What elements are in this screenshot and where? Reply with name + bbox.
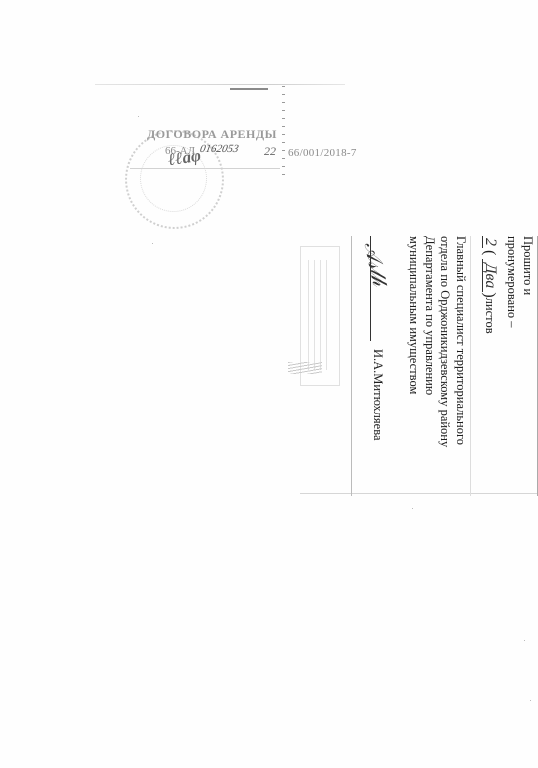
cert-line-2: пронумеровано – <box>504 236 520 496</box>
scanned-page: ДОГОВОРА АРЕНДЫ 66-АЛ 0162053 22 66/001/… <box>0 0 538 768</box>
certification-block: Прошито и пронумеровано – 2 ( Два ) лист… <box>351 236 538 496</box>
sheet-count-number: 2 <box>482 236 499 248</box>
handwritten-signature: 𝒜𝓈𝓁𝒽 <box>363 241 387 288</box>
scan-speck <box>412 508 413 509</box>
cert-line-1: Прошито и <box>520 236 536 496</box>
signer-name: И.А.Митюхляева <box>370 349 386 441</box>
position-line-4: муниципальным имуществом <box>406 236 422 496</box>
registration-stamp-ticks <box>282 86 285 176</box>
signature-blank: 𝒜𝓈𝓁𝒽 <box>370 236 371 341</box>
secondary-stamp-text-lines <box>308 260 330 370</box>
sheets-label: листов <box>482 298 498 334</box>
sheet-count-words: Два <box>482 259 499 292</box>
registration-stamp-mark <box>230 88 268 90</box>
cert-divider <box>470 236 480 496</box>
registration-stamp-border <box>95 84 345 85</box>
registration-handwritten-day: 22 <box>264 144 276 159</box>
secondary-stamp-hatch <box>288 362 322 374</box>
scan-speck <box>152 243 153 244</box>
registration-handwritten-number: 0162053 <box>199 143 240 155</box>
scan-speck <box>530 700 531 701</box>
registration-code: 66/001/2018-7 <box>288 147 357 159</box>
cert-bottom-rule <box>351 236 352 496</box>
sheet-count-line: 2 ( Два ) листов <box>482 236 504 496</box>
open-paren: ( <box>482 250 498 255</box>
registration-stamp-title: ДОГОВОРА АРЕНДЫ <box>147 127 277 142</box>
signature-line: 𝒜𝓈𝓁𝒽 И.А.Митюхляева <box>370 236 400 496</box>
scan-speck <box>524 640 525 641</box>
position-line-1: Главный специалист территориального <box>453 236 469 496</box>
scan-speck <box>138 116 139 117</box>
position-line-2: отдела по Орджоникидзевскому району <box>437 236 453 496</box>
position-line-3: Департамента по управлению <box>422 236 438 496</box>
